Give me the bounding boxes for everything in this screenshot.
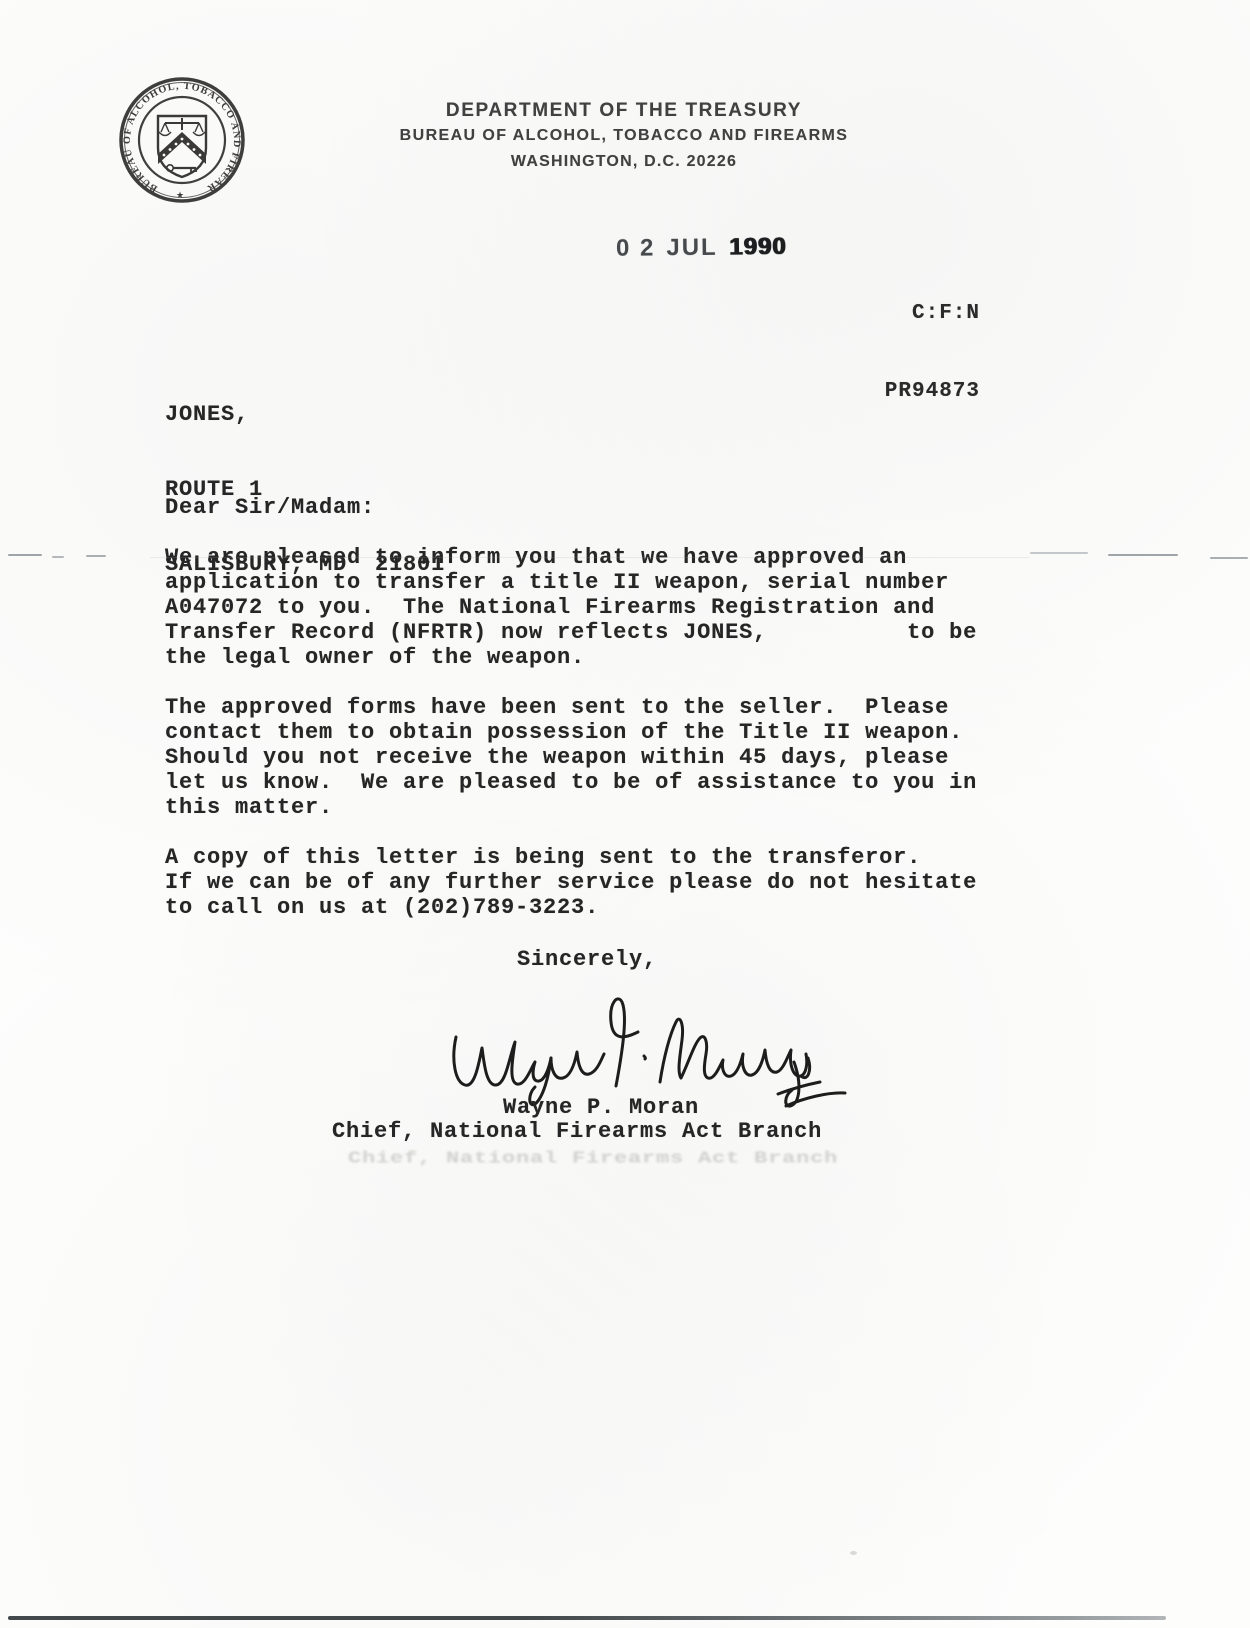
date-stamp: 0 2JUL1990: [616, 233, 786, 263]
recipient-name: JONES,: [165, 402, 445, 427]
valediction: Sincerely,: [517, 947, 657, 972]
bureau-name: BUREAU OF ALCOHOL, TOBACCO AND FIREARMS: [318, 127, 930, 145]
stamp-month: JUL: [666, 234, 718, 262]
reference-block: C:F:N PR94873: [808, 249, 980, 457]
signer-title: Chief, National Firearms Act Branch: [332, 1119, 822, 1144]
scan-artifact-dash: [1210, 557, 1248, 559]
body-paragraph-2: The approved forms have been sent to the…: [165, 695, 977, 820]
body-paragraph-1: We are pleased to inform you that we hav…: [165, 545, 977, 670]
scan-speck: [850, 1551, 857, 1555]
stamp-day: 0 2: [616, 234, 656, 261]
department-name: DEPARTMENT OF THE TREASURY: [318, 100, 930, 122]
scan-artifact-bottom-edge: [8, 1616, 1166, 1620]
scan-artifact-dash: [1030, 552, 1088, 554]
scan-artifact-dash: [52, 556, 64, 558]
scan-artifact-dash: [8, 554, 42, 556]
signer-name: Wayne P. Moran: [503, 1095, 699, 1120]
bureau-address: WASHINGTON, D.C. 20226: [318, 153, 930, 171]
scan-ghost-text: Chief, National Firearms Act Branch: [348, 1149, 838, 1168]
treasury-atf-seal-logo: BUREAU OF ALCOHOL, TOBACCO AND FIREARMS …: [118, 76, 246, 204]
letter-page: BUREAU OF ALCOHOL, TOBACCO AND FIREARMS …: [0, 0, 1250, 1628]
scan-artifact-streak: [150, 557, 1030, 558]
scan-artifact-dash: [86, 555, 106, 557]
routing-code: C:F:N: [808, 301, 980, 327]
salutation: Dear Sir/Madam:: [165, 495, 375, 520]
seal-star: ★: [176, 190, 184, 200]
scan-artifact-dash: [1108, 554, 1178, 556]
stamp-year: 1990: [729, 233, 787, 261]
seal-shield: [158, 116, 206, 177]
file-number: PR94873: [808, 379, 980, 405]
body-paragraph-3: A copy of this letter is being sent to t…: [165, 845, 977, 920]
